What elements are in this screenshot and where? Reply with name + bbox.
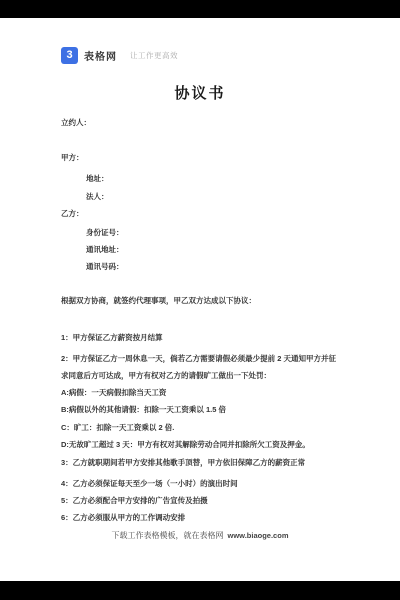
footer-text: 下载工作表格模板，就在表格网 — [112, 531, 224, 540]
footer-url: www.biaoge.com — [228, 531, 289, 540]
line-clause-4: 4：乙方必须保证每天至少一场（一小时）的演出时间 — [61, 475, 342, 492]
document-page: 3 表格网 让工作更高效 协议书 立约人： 甲方： 地址： 法人： 乙方： 身份… — [0, 18, 400, 581]
line-party-a-address: 地址： — [61, 170, 342, 187]
line-party-a-legal: 法人： — [61, 188, 342, 205]
line-preamble: 根据双方协商，就签约代理事项，甲乙双方达成以下协议： — [61, 292, 342, 309]
line-penalty-b: B:病假以外的其他请假：扣除一天工资乘以 1.5 倍 — [61, 401, 342, 418]
line-clause-1: 1：甲方保证乙方薪资按月结算 — [61, 329, 342, 346]
line-party-b-id: 身份证号： — [61, 224, 342, 241]
document-title: 协议书 — [0, 82, 400, 103]
brand-name: 表格网 — [84, 48, 117, 63]
line-clause-3: 3：乙方就职期间若甲方安排其他歌手顶替，甲方依旧保障乙方的薪资正常 — [61, 454, 342, 471]
page-footer: 下载工作表格模板，就在表格网www.biaoge.com — [0, 530, 400, 541]
brand-tagline: 让工作更高效 — [130, 50, 178, 61]
line-penalty-c: C：旷工：扣除一天工资乘以 2 倍. — [61, 419, 342, 436]
document-body: 立约人： 甲方： 地址： 法人： 乙方： 身份证号： 通讯地址： 通讯号码： 根… — [61, 114, 342, 526]
line-party-b-phone: 通讯号码： — [61, 258, 342, 275]
line-party-b: 乙方： — [61, 205, 342, 222]
line-clause-5: 5：乙方必须配合甲方安排的广告宣传及拍摄 — [61, 492, 342, 509]
line-penalty-d: D:无故旷工超过 3 天：甲方有权对其解除劳动合同并扣除所欠工资及押金。 — [61, 436, 342, 453]
biaoge-logo-icon: 3 — [61, 47, 78, 64]
line-contractors: 立约人： — [61, 114, 342, 131]
line-party-a: 甲方： — [61, 149, 342, 166]
line-clause-2: 2：甲方保证乙方一周休息一天，倘若乙方需要请假必须最少提前 2 天通知甲方并征求… — [61, 350, 342, 384]
brand-header: 3 表格网 让工作更高效 — [61, 46, 178, 64]
letterbox-bottom — [0, 581, 400, 600]
line-penalty-a: A:病假：一天病假扣除当天工资 — [61, 384, 342, 401]
line-party-b-address: 通讯地址： — [61, 241, 342, 258]
line-clause-6: 6：乙方必须服从甲方的工作调动安排 — [61, 509, 342, 526]
letterbox-top — [0, 0, 400, 18]
